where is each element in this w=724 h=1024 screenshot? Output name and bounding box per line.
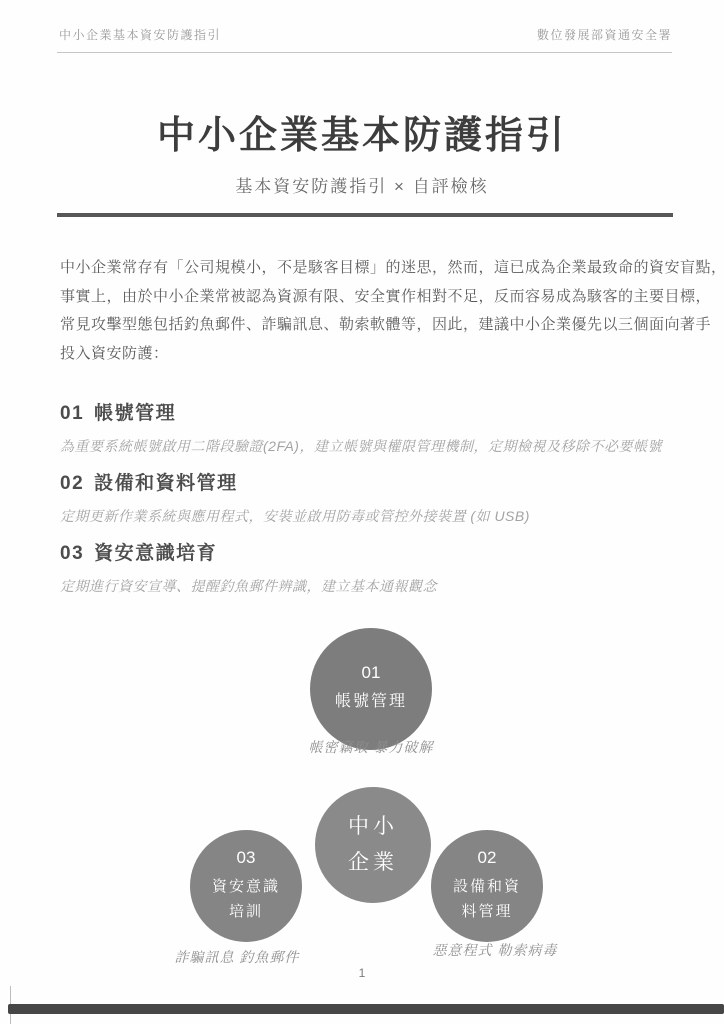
header-agency-name: 數位發展部資通安全署 — [537, 26, 672, 43]
circle-label-line2: 企業 — [348, 845, 398, 881]
section-2-heading: 02設備和資料管理 — [60, 468, 238, 495]
section-1-title: 帳號管理 — [94, 403, 176, 424]
caption-device-threats: 惡意程式 勒索病毒 — [385, 940, 605, 960]
page-number: 1 — [0, 966, 724, 980]
header-running-title: 中小企業基本資安防護指引 — [59, 26, 221, 43]
section-2-title: 設備和資料管理 — [94, 473, 238, 494]
circle-label-line2: 料管理 — [461, 899, 512, 924]
circle-label-line1: 中小 — [348, 809, 398, 845]
section-2-number: 02 — [60, 473, 84, 494]
diagram-circle-sme: 中小 企業 — [315, 787, 431, 903]
intro-line-4: 投入資安防護： — [60, 340, 674, 369]
header-divider — [57, 52, 672, 53]
document-page: 中小企業基本資安防護指引 數位發展部資通安全署 中小企業基本防護指引 基本資安防… — [0, 0, 724, 1024]
circle-label-line1: 設備和資 — [453, 874, 521, 899]
section-1-number: 01 — [60, 403, 84, 424]
section-3-title: 資安意識培育 — [94, 543, 217, 564]
circle-number: 01 — [362, 663, 381, 683]
caption-account-threats: 帳密竊取 暴力破解 — [261, 737, 481, 757]
intro-line-3: 常見攻擊型態包括釣魚郵件、詐騙訊息、勒索軟體等，因此，建議中小企業優先以三個面向… — [60, 311, 674, 340]
title-divider — [57, 213, 673, 217]
intro-line-1: 中小企業常存有「公司規模小，不是駭客目標」的迷思，然而，這已成為企業最致命的資安… — [60, 254, 674, 283]
scan-edge-bar — [8, 1004, 724, 1014]
section-3-number: 03 — [60, 543, 84, 564]
caption-awareness-threats: 詐騙訊息 釣魚郵件 — [127, 947, 347, 967]
circle-label-line1: 資安意識 — [212, 874, 280, 899]
circle-label: 帳號管理 — [335, 689, 407, 715]
diagram-circle-account-management: 01 帳號管理 — [310, 628, 432, 750]
section-1-heading: 01帳號管理 — [60, 398, 176, 425]
circle-number: 02 — [478, 848, 497, 868]
diagram-circle-security-awareness: 03 資安意識 培訓 — [190, 830, 302, 942]
page-title: 中小企業基本防護指引 — [0, 104, 724, 159]
circle-number: 03 — [237, 848, 256, 868]
intro-paragraph: 中小企業常存有「公司規模小，不是駭客目標」的迷思，然而，這已成為企業最致命的資安… — [60, 254, 674, 368]
section-3-description: 定期進行資安宣導、提醒釣魚郵件辨識，建立基本通報觀念 — [60, 576, 437, 596]
circle-label-line2: 培訓 — [229, 899, 263, 924]
intro-line-2: 事實上，由於中小企業常被認為資源有限、安全實作相對不足，反而容易成為駭客的主要目… — [60, 283, 674, 312]
page-header: 中小企業基本資安防護指引 數位發展部資通安全署 — [59, 26, 672, 43]
section-2-description: 定期更新作業系統與應用程式，安裝並啟用防毒或管控外接裝置 (如 USB) — [60, 506, 530, 526]
diagram-circle-device-data-management: 02 設備和資 料管理 — [431, 830, 543, 942]
page-subtitle: 基本資安防護指引 × 自評檢核 — [0, 172, 724, 197]
section-3-heading: 03資安意識培育 — [60, 538, 217, 565]
section-1-description: 為重要系統帳號啟用二階段驗證(2FA)，建立帳號與權限管理機制，定期檢視及移除不… — [60, 436, 662, 456]
